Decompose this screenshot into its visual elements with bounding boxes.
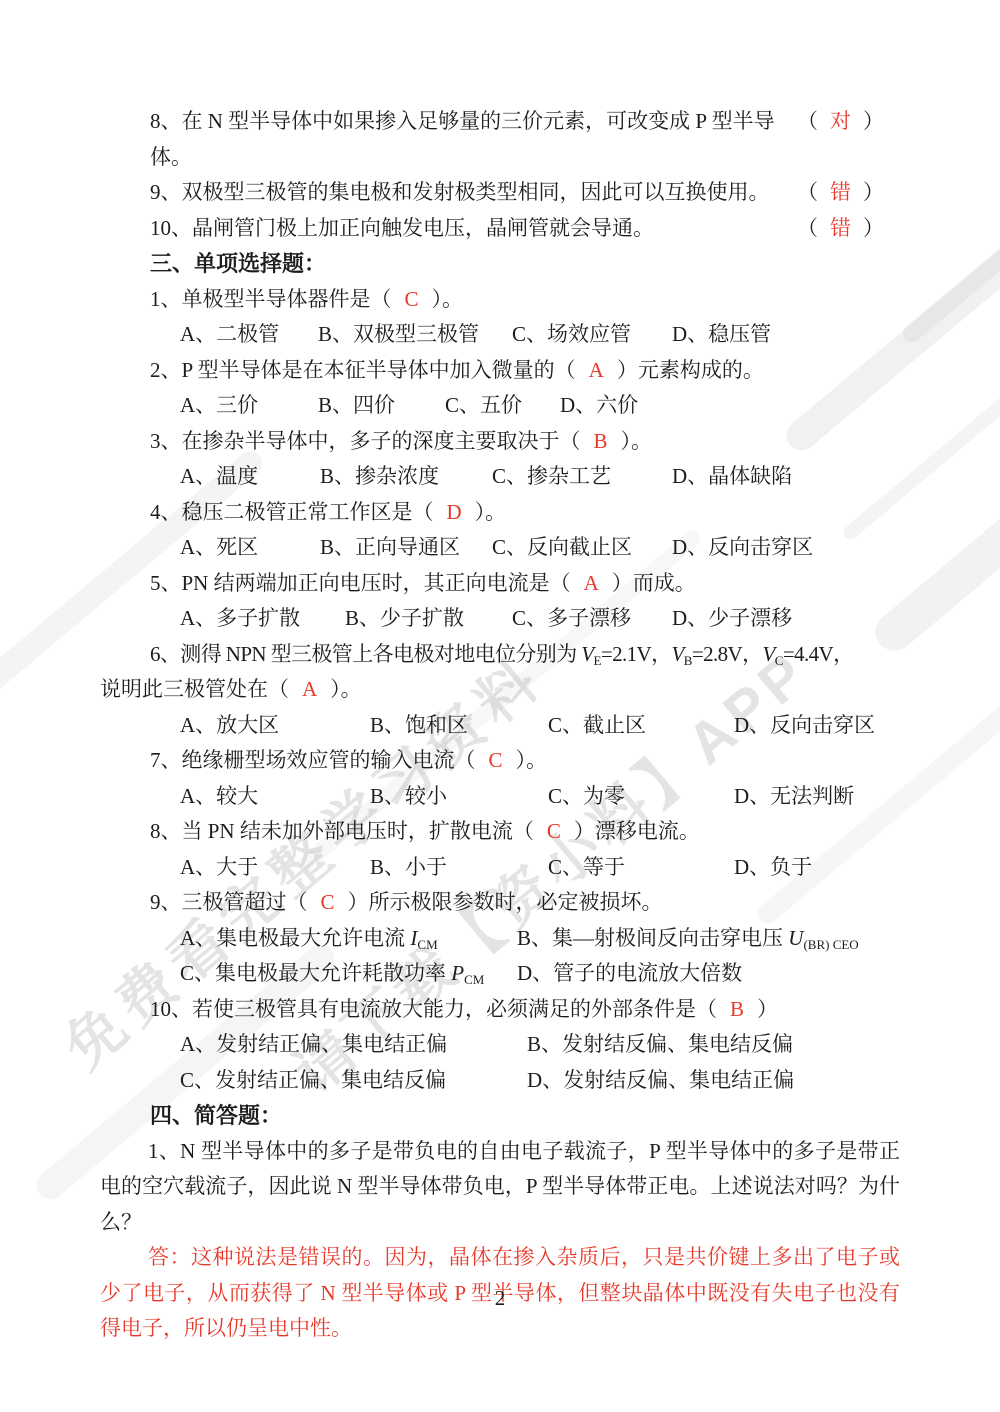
option-a: A、大于	[180, 850, 370, 886]
option-a: A、三价	[180, 388, 318, 424]
option-b: B、掺杂浓度	[320, 459, 492, 495]
mc-question-6-line1: 6、测得 NPN 型三极管上各电极对地电位分别为 VE=2.1V，VB=2.8V…	[100, 637, 900, 673]
judge-item-9: 9、双极型三极管的集电极和发射极类型相同，因此可以互换使用。 （错）	[100, 175, 900, 211]
option-c: C、等于	[548, 850, 734, 886]
option-b: B、较小	[370, 779, 548, 815]
option-a: A、集电极最大允许电流 ICM	[180, 921, 517, 957]
option-d: D、稳压管	[672, 317, 771, 353]
answer-letter: C	[392, 287, 432, 311]
mc-options-2: A、三价B、四价C、五价D、六价	[100, 388, 900, 424]
option-c: C、反向截止区	[492, 530, 672, 566]
answer-mark: 对	[818, 109, 863, 133]
option-d: D、管子的电流放大倍数	[517, 956, 742, 992]
option-d: D、无法判断	[734, 779, 854, 815]
judge-item-8: 8、在 N 型半导体中如果掺入足够量的三价元素，可改变成 P 型半导体。 （对）	[100, 104, 900, 175]
symbol-V: V	[672, 642, 684, 666]
mc-options-10-row2: C、发射结正偏、集电结反偏D、发射结反偏、集电结正偏	[100, 1063, 900, 1099]
option-d: D、反向击穿区	[734, 708, 875, 744]
option-d: D、少子漂移	[672, 601, 792, 637]
answer-letter: C	[476, 748, 516, 772]
mc-options-6: A、放大区B、饱和区C、截止区D、反向击穿区	[100, 708, 900, 744]
option-d: D、发射结反偏、集电结正偏	[527, 1063, 794, 1099]
mc-options-8: A、大于B、小于C、等于D、负于	[100, 850, 900, 886]
mc-question-6-line2: 说明此三极管处在（A）。	[100, 672, 900, 708]
symbol-P: P	[451, 961, 464, 985]
option-b: B、饱和区	[370, 708, 548, 744]
option-b: B、正向导通区	[320, 530, 492, 566]
mc-question-5: 5、PN 结两端加正向电压时，其正向电流是（A）而成。	[100, 566, 900, 602]
option-d: D、六价	[560, 388, 638, 424]
mc-question-2: 2、P 型半导体是在本征半导体中加入微量的（A）元素构成的。	[100, 353, 900, 389]
answer-letter: C	[534, 819, 574, 843]
option-c: C、发射结正偏、集电结反偏	[180, 1063, 527, 1099]
option-b: B、小于	[370, 850, 548, 886]
mc-options-1: A、二极管B、双极型三极管C、场效应管D、稳压管	[100, 317, 900, 353]
option-c: C、掺杂工艺	[492, 459, 672, 495]
mc-options-5: A、多子扩散B、少子扩散C、多子漂移D、少子漂移	[100, 601, 900, 637]
judge-item-text: 8、在 N 型半导体中如果掺入足够量的三价元素，可改变成 P 型半导体。	[150, 104, 797, 175]
answer-letter: A	[289, 677, 330, 701]
answer-mark: 错	[818, 216, 863, 240]
option-d: D、负于	[734, 850, 812, 886]
option-a: A、死区	[180, 530, 320, 566]
page-content: 8、在 N 型半导体中如果掺入足够量的三价元素，可改变成 P 型半导体。 （对）…	[100, 104, 900, 1347]
judge-answer: （对）	[797, 104, 884, 175]
option-a: A、多子扩散	[180, 601, 345, 637]
judge-item-text: 10、晶闸管门极上加正向触发电压，晶闸管就会导通。	[150, 211, 654, 247]
option-c: C、多子漂移	[512, 601, 672, 637]
judge-item-10: 10、晶闸管门极上加正向触发电压，晶闸管就会导通。 （错）	[100, 211, 900, 247]
option-a: A、二极管	[180, 317, 318, 353]
option-a: A、发射结正偏、集电结正偏	[180, 1027, 527, 1063]
mc-options-9-row1: A、集电极最大允许电流 ICM B、集—射极间反向击穿电压 U(BR) CEO	[100, 921, 900, 957]
option-b: B、少子扩散	[345, 601, 512, 637]
option-b: B、双极型三极管	[318, 317, 512, 353]
mc-question-9: 9、三极管超过（C）所示极限参数时，必定被损坏。	[100, 885, 900, 921]
symbol-V: V	[763, 642, 775, 666]
judge-answer: （错）	[797, 175, 884, 211]
answer-letter: A	[571, 571, 612, 595]
option-c: C、场效应管	[512, 317, 672, 353]
mc-question-7: 7、绝缘栅型场效应管的输入电流（C）。	[100, 743, 900, 779]
option-d: D、反向击穿区	[672, 530, 813, 566]
symbol-U: U	[788, 926, 803, 950]
answer-letter: A	[576, 358, 617, 382]
option-c: C、集电极最大允许耗散功率 PCM	[180, 956, 517, 992]
mc-question-1: 1、单极型半导体器件是（C）。	[100, 282, 900, 318]
answer-letter: D	[434, 500, 475, 524]
option-a: A、较大	[180, 779, 370, 815]
option-b: B、发射结反偏、集电结反偏	[527, 1027, 793, 1063]
option-d: D、晶体缺陷	[672, 459, 792, 495]
option-a: A、温度	[180, 459, 320, 495]
judge-answer: （错）	[797, 211, 884, 247]
judge-item-text: 9、双极型三极管的集电极和发射极类型相同，因此可以互换使用。	[150, 175, 770, 211]
option-c: C、五价	[445, 388, 560, 424]
mc-options-7: A、较大B、较小C、为零D、无法判断	[100, 779, 900, 815]
section-heading-multiple-choice: 三、单项选择题：	[100, 246, 900, 282]
mc-question-3: 3、在掺杂半导体中，多子的深度主要取决于（B）。	[100, 424, 900, 460]
page-number: 2	[0, 1286, 1000, 1311]
option-b: B、四价	[318, 388, 445, 424]
document-page: 免费看完整学习资料 请下载【资小料】APP 8、在 N 型半导体中如果掺入足够量…	[0, 0, 1000, 1412]
mc-options-4: A、死区B、正向导通区C、反向截止区D、反向击穿区	[100, 530, 900, 566]
mc-question-10: 10、若使三极管具有电流放大能力，必须满足的外部条件是（B）	[100, 992, 900, 1028]
option-c: C、截止区	[548, 708, 734, 744]
mc-question-4: 4、稳压二极管正常工作区是（D）。	[100, 495, 900, 531]
symbol-V: V	[581, 642, 593, 666]
option-c: C、为零	[548, 779, 734, 815]
answer-letter: C	[308, 890, 348, 914]
answer-letter: B	[581, 429, 621, 453]
answer-letter: B	[717, 997, 757, 1021]
option-b: B、集—射极间反向击穿电压 U(BR) CEO	[517, 921, 859, 957]
option-a: A、放大区	[180, 708, 370, 744]
mc-options-10-row1: A、发射结正偏、集电结正偏B、发射结反偏、集电结反偏	[100, 1027, 900, 1063]
answer-mark: 错	[818, 180, 863, 204]
short-answer-question-1: 1、N 型半导体中的多子是带负电的自由电子载流子，P 型半导体中的多子是带正电的…	[100, 1134, 900, 1241]
mc-options-9-row2: C、集电极最大允许耗散功率 PCM D、管子的电流放大倍数	[100, 956, 900, 992]
mc-question-8: 8、当 PN 结未加外部电压时，扩散电流（C）漂移电流。	[100, 814, 900, 850]
section-heading-short-answer: 四、简答题：	[100, 1098, 900, 1134]
brush-streak	[899, 165, 1000, 346]
mc-options-3: A、温度B、掺杂浓度C、掺杂工艺D、晶体缺陷	[100, 459, 900, 495]
